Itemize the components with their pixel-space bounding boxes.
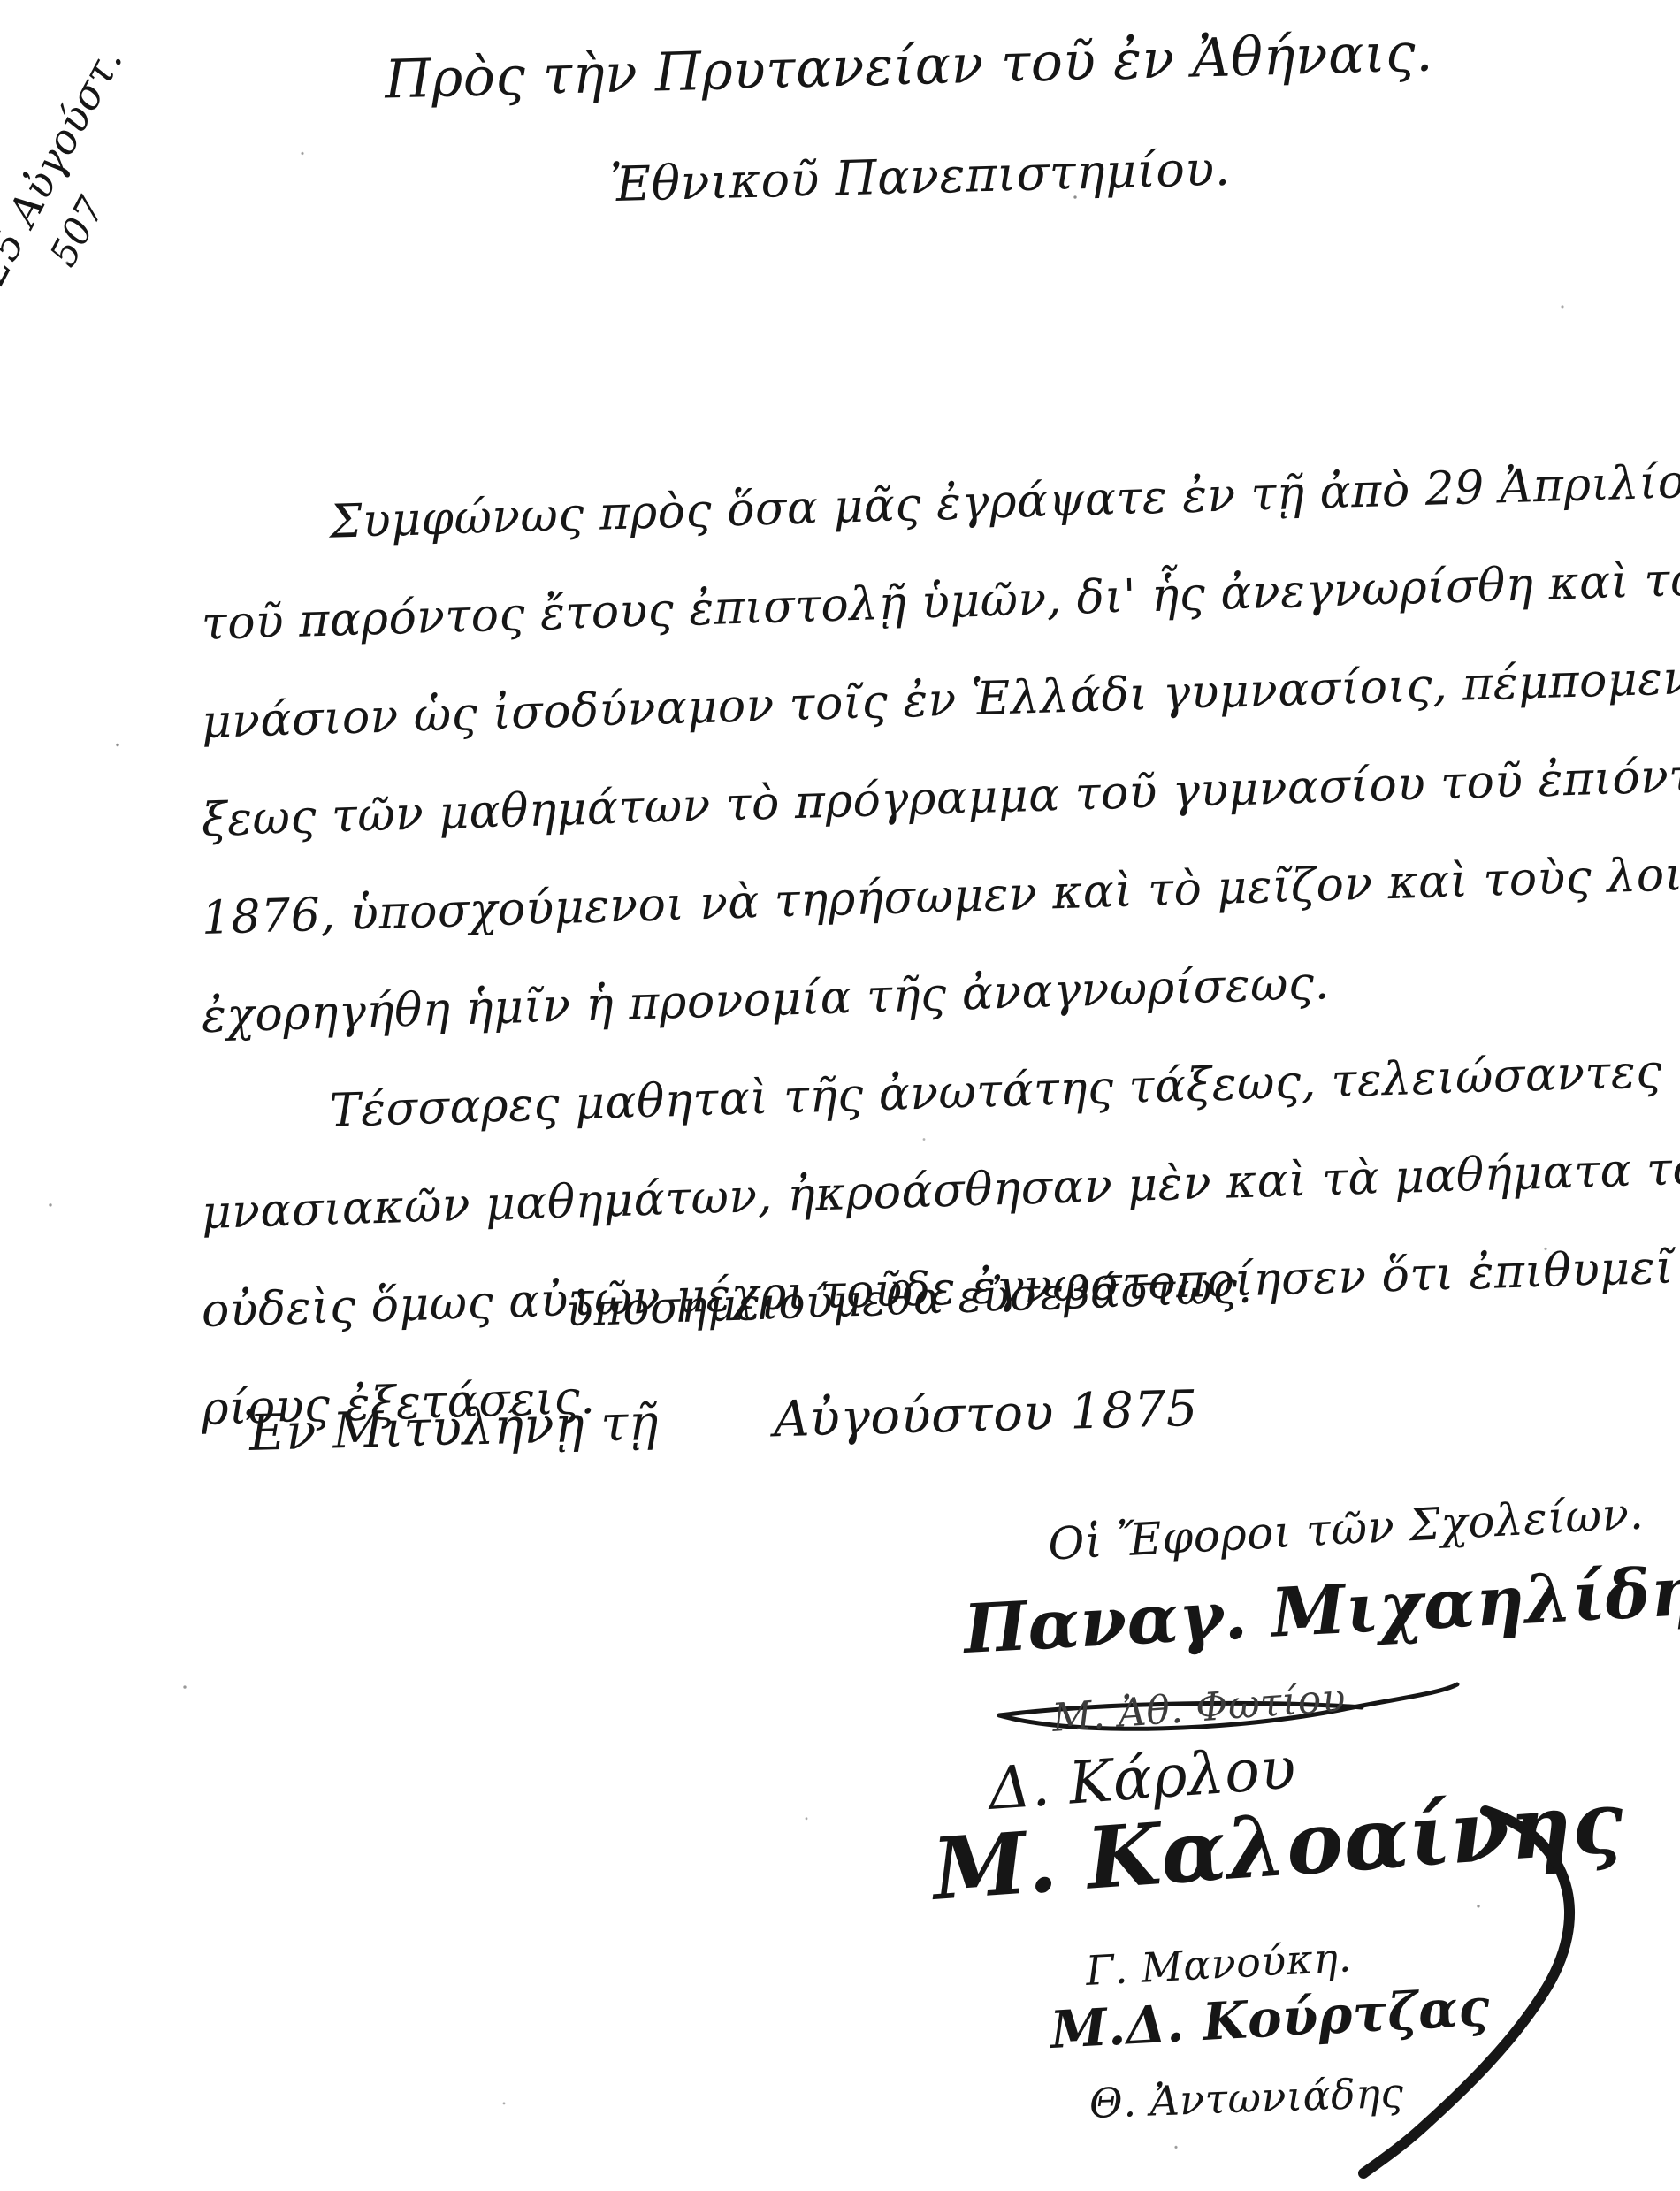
address-heading-line1: Πρὸς τὴν Πρυτανείαν τοῦ ἐν Ἀθήναις. <box>384 21 1433 111</box>
signature-block-heading: Οἱ Ἔφοροι τῶν Σχολείων. <box>1047 1487 1645 1569</box>
manuscript-page: 25 Αὐγούστ. 507 Πρὸς τὴν Πρυτανείαν τοῦ … <box>0 0 1680 2191</box>
registry-annotation: 25 Αὐγούστ. 507 <box>0 40 178 316</box>
signature-paraph-flourish <box>1353 1804 1636 2184</box>
dateline-day-blank <box>659 1436 774 1439</box>
dateline-place: Ἐν Μιτυλήνῃ τῇ <box>242 1394 659 1462</box>
dateline-month-year: Αὐγούστου 1875 <box>773 1380 1199 1449</box>
address-heading-line2: Ἐθνικοῦ Πανεπιστημίου. <box>609 141 1231 212</box>
